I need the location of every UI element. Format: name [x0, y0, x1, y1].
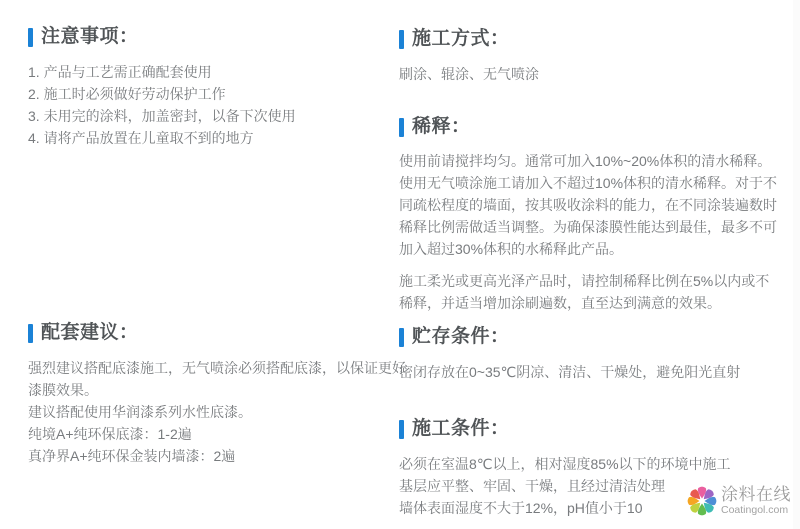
section-storage-body: 密闭存放在0~35℃阴凉、清洁、干燥处，避免阳光直射 [399, 361, 740, 383]
dilution-line: 施工柔光或更高光泽产品时，请控制稀释比例在5%以内或不 [399, 270, 777, 292]
pairing-line: 真净界A+纯环保金装内墙漆：2遍 [28, 445, 406, 467]
section-method: 施工方式： 刷涂、辊涂、无气喷涂 [399, 28, 539, 85]
section-pairing-title: 配套建议： [41, 322, 139, 344]
dilution-line: 使用前请搅拌均匀。通常可加入10%~20%体积的清水稀释。 [399, 150, 777, 172]
section-conditions-title: 施工条件： [412, 418, 510, 440]
section-notice: 注意事项： 1. 产品与工艺需正确配套使用 2. 施工时必须做好劳动保护工作 3… [28, 26, 296, 149]
section-storage-title: 贮存条件： [412, 326, 510, 348]
section-conditions-heading: 施工条件： [399, 418, 731, 440]
section-storage: 贮存条件： 密闭存放在0~35℃阴凉、清洁、干燥处，避免阳光直射 [399, 326, 740, 383]
section-storage-heading: 贮存条件： [399, 326, 740, 348]
logo-domain: Coatingol.com [721, 504, 791, 516]
storage-line: 密闭存放在0~35℃阴凉、清洁、干燥处，避免阳光直射 [399, 361, 740, 383]
method-line: 刷涂、辊涂、无气喷涂 [399, 63, 539, 85]
dilution-paragraph-2: 施工柔光或更高光泽产品时，请控制稀释比例在5%以内或不 稀释，并适当增加涂刷遍数… [399, 270, 777, 314]
heading-accent-bar [399, 30, 404, 49]
section-dilution-heading: 稀释： [399, 116, 777, 138]
logo-title: 涂料在线 [721, 486, 791, 504]
section-pairing-body: 强烈建议搭配底漆施工，无气喷涂必须搭配底漆，以保证更好 漆膜效果。 建议搭配使用… [28, 357, 406, 467]
pairing-line: 漆膜效果。 [28, 379, 406, 401]
section-conditions-body: 必须在室温8℃以上，相对湿度85%以下的环境中施工 基层应平整、牢固、干燥，且经… [399, 453, 731, 519]
coatingol-watermark: 涂料在线 Coatingol.com [686, 485, 791, 517]
section-method-title: 施工方式： [412, 28, 510, 50]
section-pairing-heading: 配套建议： [28, 322, 406, 344]
page-right-edge-strip [793, 0, 800, 529]
pairing-line: 建议搭配使用华润漆系列水性底漆。 [28, 401, 406, 423]
page: 注意事项： 1. 产品与工艺需正确配套使用 2. 施工时必须做好劳动保护工作 3… [0, 0, 800, 529]
section-method-heading: 施工方式： [399, 28, 539, 50]
heading-accent-bar [399, 420, 404, 439]
heading-accent-bar [399, 328, 404, 347]
conditions-line: 必须在室温8℃以上，相对湿度85%以下的环境中施工 [399, 453, 731, 475]
dilution-line: 稀释比例需做适当调整。为确保漆膜性能达到最佳，最多不可 [399, 216, 777, 238]
section-dilution: 稀释： 使用前请搅拌均匀。通常可加入10%~20%体积的清水稀释。 使用无气喷涂… [399, 116, 777, 314]
notice-item: 3. 未用完的涂料，加盖密封，以备下次使用 [28, 105, 296, 127]
dilution-line: 使用无气喷涂施工请加入不超过10%体积的清水稀释。对于不 [399, 172, 777, 194]
pinwheel-logo-icon [686, 485, 718, 517]
section-dilution-title: 稀释： [412, 116, 471, 138]
logo-text-block: 涂料在线 Coatingol.com [721, 486, 791, 516]
conditions-line: 基层应平整、牢固、干燥，且经过清洁处理 [399, 475, 731, 497]
heading-accent-bar [399, 118, 404, 137]
notice-item: 4. 请将产品放置在儿童取不到的地方 [28, 127, 296, 149]
section-dilution-body: 使用前请搅拌均匀。通常可加入10%~20%体积的清水稀释。 使用无气喷涂施工请加… [399, 150, 777, 314]
section-pairing: 配套建议： 强烈建议搭配底漆施工，无气喷涂必须搭配底漆，以保证更好 漆膜效果。 … [28, 322, 406, 467]
section-method-body: 刷涂、辊涂、无气喷涂 [399, 63, 539, 85]
dilution-line: 稀释，并适当增加涂刷遍数，直至达到满意的效果。 [399, 292, 777, 314]
dilution-line: 同疏松程度的墙面，按其吸收涂料的能力，在不同涂装遍数时 [399, 194, 777, 216]
heading-accent-bar [28, 28, 33, 47]
dilution-line: 加入超过30%体积的水稀释此产品。 [399, 238, 777, 260]
dilution-paragraph-1: 使用前请搅拌均匀。通常可加入10%~20%体积的清水稀释。 使用无气喷涂施工请加… [399, 150, 777, 260]
pairing-line: 强烈建议搭配底漆施工，无气喷涂必须搭配底漆，以保证更好 [28, 357, 406, 379]
section-notice-title: 注意事项： [41, 26, 139, 48]
notice-item: 1. 产品与工艺需正确配套使用 [28, 61, 296, 83]
pairing-line: 纯境A+纯环保底漆：1-2遍 [28, 423, 406, 445]
section-conditions: 施工条件： 必须在室温8℃以上，相对湿度85%以下的环境中施工 基层应平整、牢固… [399, 418, 731, 519]
section-notice-body: 1. 产品与工艺需正确配套使用 2. 施工时必须做好劳动保护工作 3. 未用完的… [28, 61, 296, 149]
heading-accent-bar [28, 324, 33, 343]
section-notice-heading: 注意事项： [28, 26, 296, 48]
notice-item: 2. 施工时必须做好劳动保护工作 [28, 83, 296, 105]
conditions-line: 墙体表面湿度不大于12%，pH值小于10 [399, 497, 731, 519]
